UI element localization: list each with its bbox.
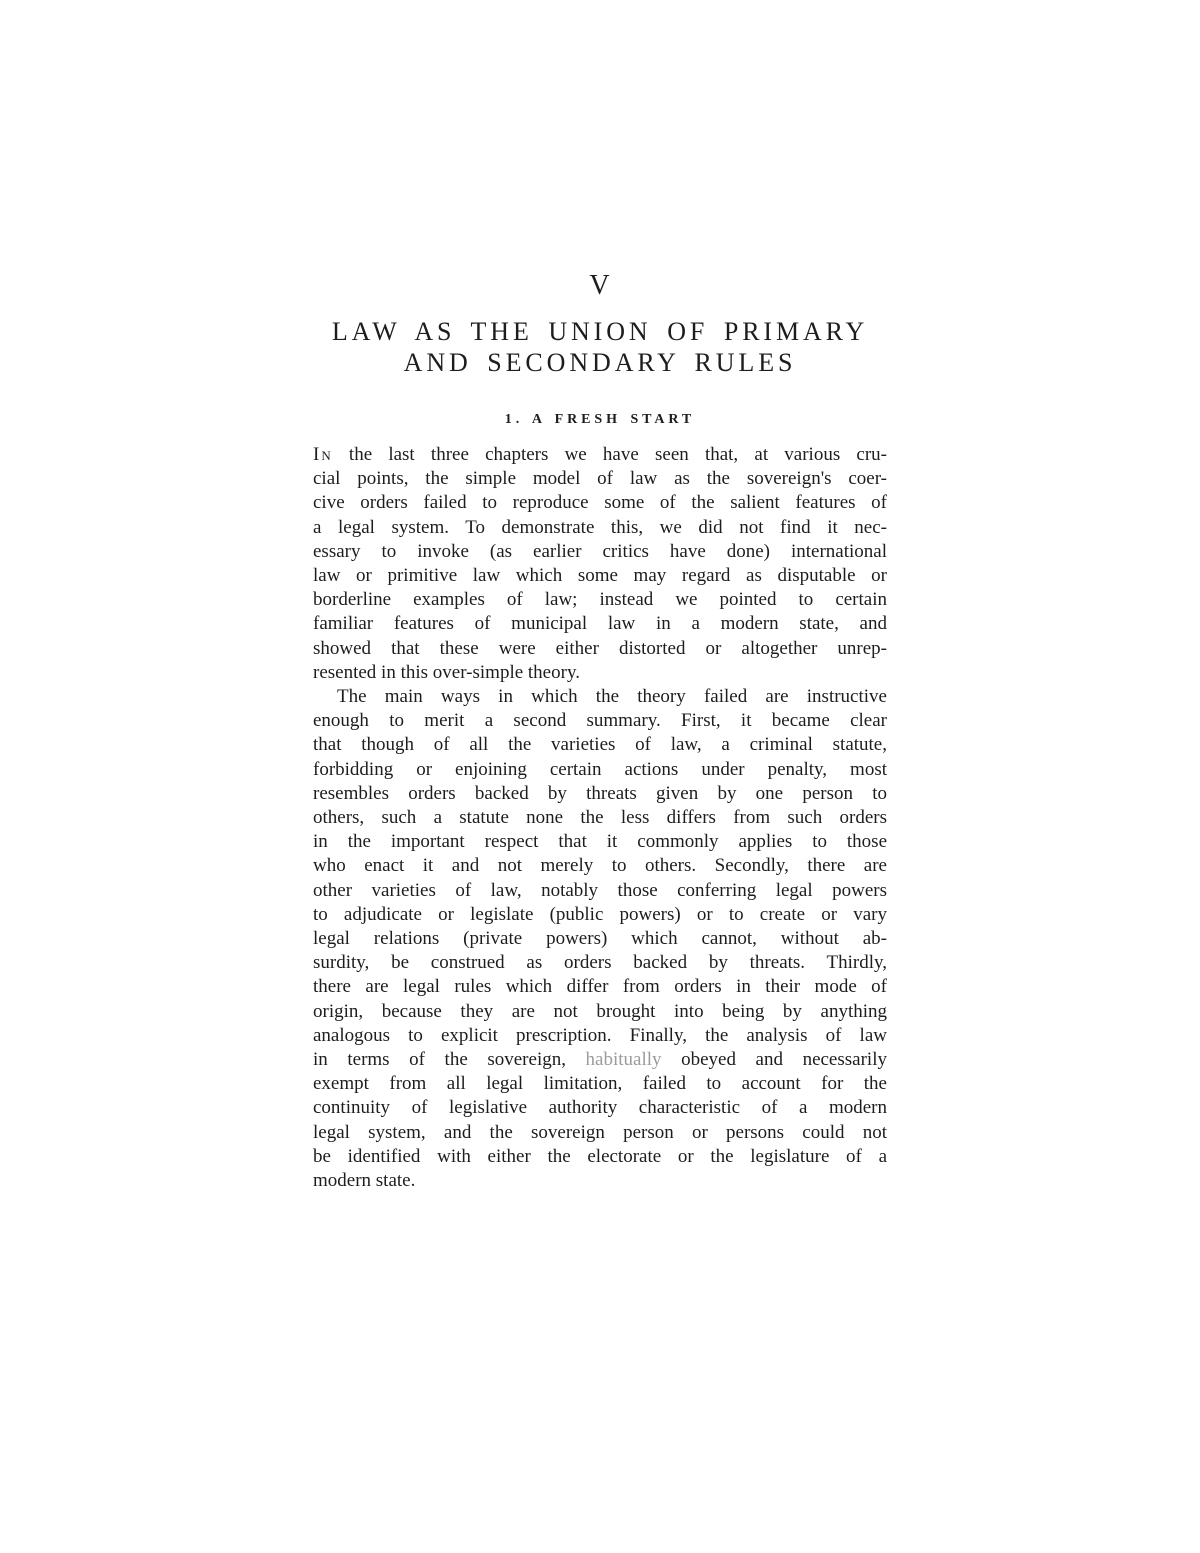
text-line: forbidding or enjoining certain actions … bbox=[313, 758, 887, 782]
text-line: legal relations (private powers) which c… bbox=[313, 927, 887, 951]
text-line: modern state. bbox=[313, 1169, 887, 1193]
chapter-title-line-1: LAW AS THE UNION OF PRIMARY bbox=[0, 316, 1200, 347]
text-line: essary to invoke (as earlier critics hav… bbox=[313, 540, 887, 564]
section-heading: 1. A FRESH START bbox=[0, 411, 1200, 429]
paragraph: The main ways in which the theory failed… bbox=[313, 685, 887, 1193]
text-line: The main ways in which the theory failed… bbox=[313, 685, 887, 709]
text-line: that though of all the varieties of law,… bbox=[313, 733, 887, 757]
text-line: surdity, be construed as orders backed b… bbox=[313, 951, 887, 975]
lead-word: In bbox=[313, 444, 333, 465]
book-page: V LAW AS THE UNION OF PRIMARY AND SECOND… bbox=[0, 0, 1200, 1553]
text-line: borderline examples of law; instead we p… bbox=[313, 588, 887, 612]
text-line: showed that these were either distorted … bbox=[313, 637, 887, 661]
text-line: a legal system. To demonstrate this, we … bbox=[313, 516, 887, 540]
text-line: other varieties of law, notably those co… bbox=[313, 879, 887, 903]
text-line: resembles orders backed by threats given… bbox=[313, 782, 887, 806]
text-line: in terms of the sovereign, habitually ob… bbox=[313, 1048, 887, 1072]
text-line: resented in this over-simple theory. bbox=[313, 661, 887, 685]
chapter-number: V bbox=[0, 270, 1200, 302]
text-line: others, such a statute none the less dif… bbox=[313, 806, 887, 830]
text-line: be identified with either the electorate… bbox=[313, 1145, 887, 1169]
text-line: exempt from all legal limitation, failed… bbox=[313, 1072, 887, 1096]
text-line: there are legal rules which differ from … bbox=[313, 975, 887, 999]
text-line: enough to merit a second summary. First,… bbox=[313, 709, 887, 733]
text-line: analogous to explicit prescription. Fina… bbox=[313, 1024, 887, 1048]
text-line: continuity of legislative authority char… bbox=[313, 1096, 887, 1120]
text-line: In the last three chapters we have seen … bbox=[313, 443, 887, 467]
text-line: to adjudicate or legislate (public power… bbox=[313, 903, 887, 927]
text-line: familiar features of municipal law in a … bbox=[313, 612, 887, 636]
text-line: law or primitive law which some may rega… bbox=[313, 564, 887, 588]
text-line: cive orders failed to reproduce some of … bbox=[313, 491, 887, 515]
chapter-title: LAW AS THE UNION OF PRIMARY AND SECONDAR… bbox=[0, 316, 1200, 378]
paragraph: In the last three chapters we have seen … bbox=[313, 443, 887, 685]
chapter-title-line-2: AND SECONDARY RULES bbox=[0, 347, 1200, 378]
faded-word: habitually bbox=[586, 1049, 662, 1070]
text-line: legal system, and the sovereign person o… bbox=[313, 1121, 887, 1145]
text-line: who enact it and not merely to others. S… bbox=[313, 854, 887, 878]
text-line: origin, because they are not brought int… bbox=[313, 1000, 887, 1024]
body-text: In the last three chapters we have seen … bbox=[313, 443, 887, 1193]
text-line: cial points, the simple model of law as … bbox=[313, 467, 887, 491]
text-line: in the important respect that it commonl… bbox=[313, 830, 887, 854]
